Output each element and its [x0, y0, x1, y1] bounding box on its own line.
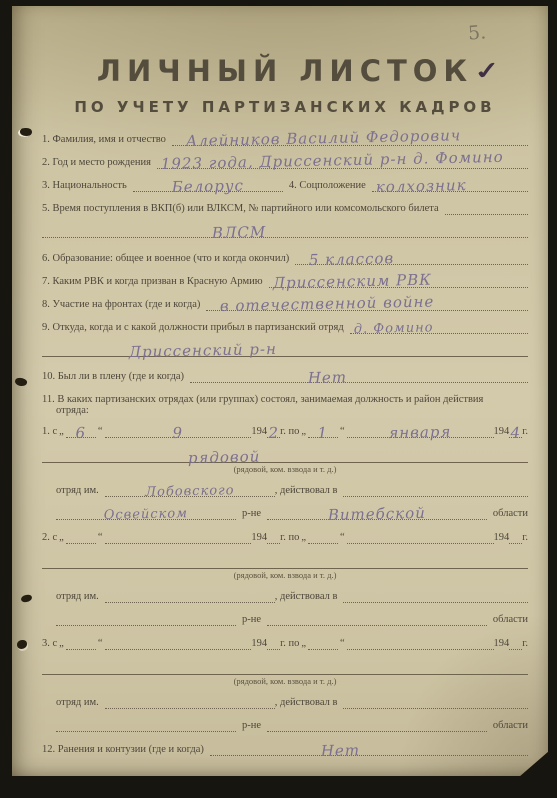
service-3-position-line: [42, 661, 528, 675]
field-wounds: 12. Ранения и контузии (где и когда) Нет: [42, 742, 528, 756]
service-1-to-year-line: 4: [509, 424, 522, 438]
quote-open: „: [299, 425, 308, 438]
field-birth: 2. Год и место рождения 1923 года, Дрисс…: [42, 155, 528, 169]
field-fronts-label: 8. Участие на фронтах (где и когда): [42, 298, 200, 311]
punch-hole: [18, 128, 32, 137]
field-nationality-value: Белорус: [171, 179, 243, 194]
unit-label: отряд им.: [56, 590, 99, 603]
punch-hole: [14, 377, 28, 388]
field-arrival-line2-rule: Дриссенский р-н: [42, 343, 528, 357]
service-2-to-month-line: [347, 530, 494, 544]
field-arrival-line: д. Фомино: [350, 320, 528, 334]
service-1-region-line: Витебской: [267, 506, 487, 520]
acted-label: , действовал в: [275, 696, 338, 709]
field-party: 5. Время поступления в ВКП(б) или ВЛКСМ,…: [42, 201, 528, 215]
field-party-line-end: [445, 201, 528, 215]
field-units-intro: 11. В каких партизанских отрядах (или гр…: [42, 394, 528, 405]
field-units-intro-line1: 11. В каких партизанских отрядах (или гр…: [42, 394, 483, 405]
district-label: р-не: [242, 719, 261, 732]
service-1-position-row: рядовой: [42, 449, 528, 463]
district-label: р-не: [242, 613, 261, 626]
field-education-line: 5 классов: [295, 251, 528, 265]
year-word: г. по: [280, 637, 299, 650]
region-label: области: [493, 719, 528, 732]
service-3-unit-row: отряд им. , действовал в: [56, 695, 528, 709]
field-captivity-label: 10. Был ли в плену (где и когда): [42, 370, 184, 383]
year-prefix: 194: [251, 425, 267, 438]
service-2-acted-line: [343, 589, 528, 603]
service-3-from-month-line: [105, 636, 252, 650]
service-3-to-year-line: [509, 636, 522, 650]
service-1-unit-line: Лобовского: [105, 483, 275, 497]
quote-open: „: [57, 637, 66, 650]
field-fronts-value: в отечественной войне: [220, 296, 435, 313]
unit-label: отряд им.: [56, 484, 99, 497]
field-nationality-line: Белорус: [133, 178, 283, 192]
service-3-to-month-line: [347, 636, 494, 650]
quote-open: „: [57, 425, 66, 438]
quote-open: „: [299, 531, 308, 544]
service-3-area-row: р-не области: [56, 718, 528, 732]
quote-close: “: [338, 531, 347, 544]
document-page: 5. ✓ ЛИЧНЫЙ ЛИСТОК ПО УЧЕТУ ПАРТИЗАНСКИХ…: [12, 6, 548, 776]
service-2-position-caption: (рядовой, ком. взвода и т. д.): [42, 571, 528, 580]
field-wounds-label: 12. Ранения и контузии (где и когда): [42, 743, 204, 756]
service-2-position-line: [42, 555, 528, 569]
year-prefix: 194: [494, 425, 510, 438]
field-arrival-line2: Дриссенский р-н: [42, 343, 528, 357]
service-1-from-month-line: 9: [105, 424, 252, 438]
field-surname-line: Алейников Василий Федорович: [172, 132, 528, 146]
field-social-label: 4. Соцположение: [289, 179, 366, 192]
year-prefix: 194: [494, 637, 510, 650]
year-prefix: 194: [251, 531, 267, 544]
service-1-from-day: 6: [75, 427, 86, 440]
quote-close: “: [96, 425, 105, 438]
quote-close: “: [338, 637, 347, 650]
service-2-from-month-line: [105, 530, 252, 544]
field-captivity-line: Нет: [190, 369, 528, 383]
service-entry-3: 3. с „ “ 194 г. по „ “ 194 г. (рядовой, …: [42, 636, 528, 732]
field-party-label: 5. Время поступления в ВКП(б) или ВЛКСМ,…: [42, 202, 439, 215]
region-label: области: [493, 507, 528, 520]
service-1-to-year: 4: [510, 427, 521, 440]
service-1-from-month: 9: [172, 427, 183, 440]
field-birth-label: 2. Год и место рождения: [42, 156, 151, 169]
year-prefix: 194: [494, 531, 510, 544]
field-arrival: 9. Откуда, когда и с какой должности при…: [42, 320, 528, 334]
service-1-position-line: рядовой: [42, 449, 528, 463]
field-wounds-value: Нет: [321, 744, 360, 758]
field-party-line2: ВЛСМ: [42, 224, 528, 238]
service-2-area-row: р-не области: [56, 612, 528, 626]
service-2-num: 2. с: [42, 531, 57, 544]
service-3-position-row: [42, 661, 528, 675]
checkmark-icon: ✓: [472, 56, 501, 85]
field-education-label: 6. Образование: общее и военное (что и к…: [42, 252, 289, 265]
service-1-district-line: Освейском: [56, 506, 236, 520]
unit-label: отряд им.: [56, 696, 99, 709]
field-rvk-value: Дриссенским РВК: [272, 274, 431, 290]
year-end: г.: [522, 637, 528, 650]
service-1-from-year: 2: [268, 427, 279, 440]
service-1-region: Витебской: [328, 507, 426, 522]
service-3-to-day-line: [308, 636, 338, 650]
service-1-to-day: 1: [317, 427, 328, 440]
service-1-acted-line: [343, 483, 528, 497]
field-arrival-value2: Дриссенский р-н: [129, 343, 277, 359]
service-1-unit: Лобовского: [145, 484, 235, 499]
service-1-to-month-line: января: [347, 424, 494, 438]
field-birth-line: 1923 года, Дриссенский р-н д. Фомино: [157, 155, 528, 169]
service-3-unit-line: [105, 695, 275, 709]
service-1-area-row: Освейском р-не Витебской области: [56, 506, 528, 520]
field-nationality-social: 3. Национальность Белорус 4. Соцположени…: [42, 178, 528, 192]
field-social-line: колхозник: [372, 178, 528, 192]
year-word: г. по: [280, 425, 299, 438]
document-subtitle: ПО УЧЕТУ ПАРТИЗАНСКИХ КАДРОВ: [42, 98, 528, 116]
year-end: г.: [522, 531, 528, 544]
service-3-region-line: [267, 718, 487, 732]
quote-open: „: [299, 637, 308, 650]
service-2-to-year-line: [509, 530, 522, 544]
district-label: р-не: [242, 507, 261, 520]
punch-hole: [20, 594, 32, 603]
field-surname-label: 1. Фамилия, имя и отчество: [42, 133, 166, 146]
service-1-from-day-line: 6: [66, 424, 96, 438]
service-1-to-day-line: 1: [308, 424, 338, 438]
service-1-num: 1. с: [42, 425, 57, 438]
service-1-period: 1. с „ 6 “ 9 194 2 г. по „ 1 “ января 19…: [42, 424, 528, 438]
form-body: 1. Фамилия, имя и отчество Алейников Вас…: [42, 132, 528, 756]
service-2-region-line: [267, 612, 487, 626]
service-1-district: Освейском: [104, 507, 188, 522]
field-surname: 1. Фамилия, имя и отчество Алейников Вас…: [42, 132, 528, 146]
quote-close: “: [338, 425, 347, 438]
service-3-from-year-line: [267, 636, 280, 650]
service-2-unit-line: [105, 589, 275, 603]
service-1-to-month: января: [388, 426, 451, 440]
service-3-position-caption: (рядовой, ком. взвода и т. д.): [42, 677, 528, 686]
service-3-period: 3. с „ “ 194 г. по „ “ 194 г.: [42, 636, 528, 650]
service-3-acted-line: [343, 695, 528, 709]
field-social-value: колхозник: [376, 179, 467, 194]
service-2-district-line: [56, 612, 236, 626]
service-2-unit-row: отряд им. , действовал в: [56, 589, 528, 603]
punch-hole: [17, 640, 27, 649]
field-education: 6. Образование: общее и военное (что и к…: [42, 251, 528, 265]
field-fronts-line: в отечественной войне: [206, 297, 528, 311]
service-2-period: 2. с „ “ 194 г. по „ “ 194 г.: [42, 530, 528, 544]
service-1-position-caption: (рядовой, ком. взвода и т. д.): [42, 465, 528, 474]
acted-label: , действовал в: [275, 484, 338, 497]
field-education-value: 5 классов: [309, 252, 395, 267]
field-rvk: 7. Каким РВК и когда призван в Красную А…: [42, 274, 528, 288]
year-prefix: 194: [251, 637, 267, 650]
field-birth-value: 1923 года, Дриссенский р-н д. Фомино: [161, 151, 504, 171]
field-rvk-label: 7. Каким РВК и когда призван в Красную А…: [42, 275, 263, 288]
service-2-position-row: [42, 555, 528, 569]
quote-open: „: [57, 531, 66, 544]
service-2-from-day-line: [66, 530, 96, 544]
pencil-page-number: 5.: [467, 21, 487, 44]
service-3-from-day-line: [66, 636, 96, 650]
field-fronts: 8. Участие на фронтах (где и когда) в от…: [42, 297, 528, 311]
quote-close: “: [96, 637, 105, 650]
field-captivity-value: Нет: [308, 371, 347, 385]
service-1-unit-row: отряд им. Лобовского , действовал в: [56, 483, 528, 497]
acted-label: , действовал в: [275, 590, 338, 603]
service-entry-1: 1. с „ 6 “ 9 194 2 г. по „ 1 “ января 19…: [42, 424, 528, 520]
field-wounds-line: Нет: [210, 742, 528, 756]
service-2-from-year-line: [267, 530, 280, 544]
service-1-position: рядовой: [188, 450, 261, 465]
field-party-value: ВЛСМ: [212, 226, 267, 240]
page-corner-fold: [519, 751, 549, 777]
year-word: г. по: [280, 531, 299, 544]
field-units-intro-line2: отряда:: [56, 405, 528, 416]
quote-close: “: [96, 531, 105, 544]
service-1-from-year-line: 2: [267, 424, 280, 438]
field-arrival-label: 9. Откуда, когда и с какой должности при…: [42, 321, 344, 334]
service-3-district-line: [56, 718, 236, 732]
field-nationality-label: 3. Национальность: [42, 179, 127, 192]
service-2-to-day-line: [308, 530, 338, 544]
field-party-line: ВЛСМ: [42, 224, 528, 238]
region-label: области: [493, 613, 528, 626]
field-rvk-line: Дриссенским РВК: [269, 274, 528, 288]
field-captivity: 10. Был ли в плену (где и когда) Нет: [42, 369, 528, 383]
field-surname-value: Алейников Василий Федорович: [186, 129, 462, 148]
document-title: ЛИЧНЫЙ ЛИСТОК: [42, 54, 528, 88]
year-end: г.: [522, 425, 528, 438]
service-entry-2: 2. с „ “ 194 г. по „ “ 194 г. (рядовой, …: [42, 530, 528, 626]
service-3-num: 3. с: [42, 637, 57, 650]
field-arrival-value: д. Фомино: [353, 321, 433, 336]
